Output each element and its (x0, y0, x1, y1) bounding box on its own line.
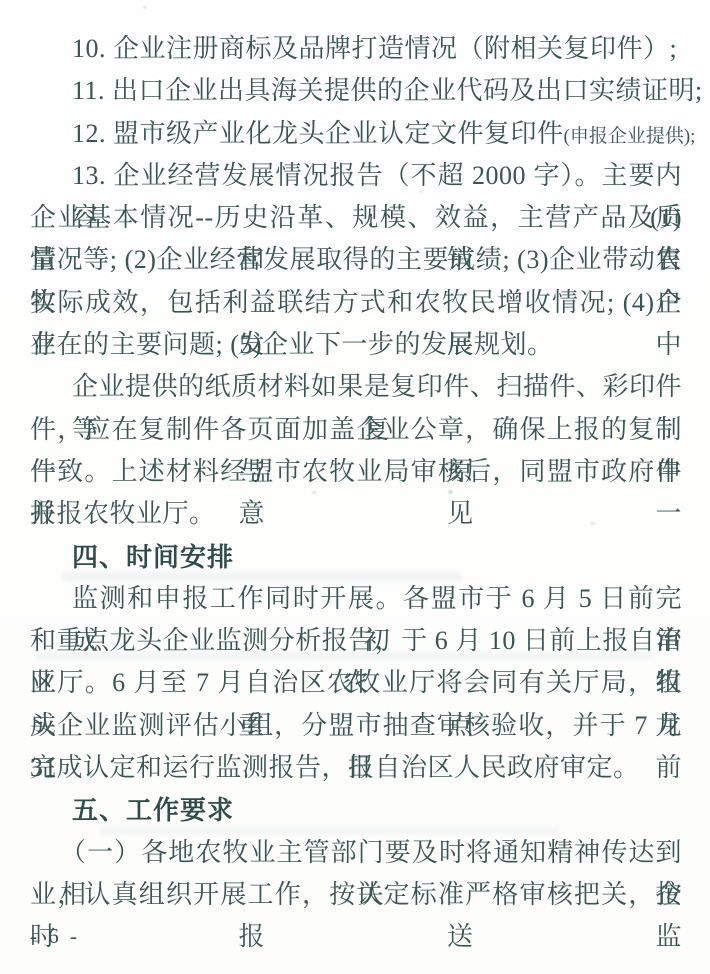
paragraph-line: 完成认定和运行监测报告，报自治区人民政府审定。 (30, 747, 682, 789)
paragraph-line: 件，应在复制件各页面加盖企业公章，确保上报的复制件与原件 (30, 409, 682, 451)
list-item-11: 11. 出口企业出具海关提供的企业代码及出口实绩证明; (30, 70, 682, 112)
paragraph-line: 一致。上述材料经盟市农牧业局审核后，同盟市政府申报意见一 (30, 451, 682, 493)
list-item-12-note: (申报企业提供); (564, 126, 696, 147)
paragraph-line: 业，认真组织开展工作，按认定标准严格审核把关，按时报送监 (30, 874, 682, 916)
scan-speck (590, 522, 596, 525)
list-item-12: 12. 盟市级产业化龙头企业认定文件复印件(申报企业提供); (30, 113, 682, 155)
document-page: 10. 企业注册商标及品牌打造情况（附相关复印件）; 11. 出口企业出具海关提… (0, 0, 710, 974)
scan-speck (238, 430, 241, 433)
list-item-13: 13. 企业经营发展情况报告（不超 2000 字）。主要内容: (1) (30, 155, 682, 197)
paragraph-line: 头企业监测评估小组，分盟市抽查审核验收，并于 7 月 31 日前 (30, 705, 682, 747)
paragraph-line: 业厅。6 月至 7 月自治区农牧业厅将会同有关厅局，组成重点龙 (30, 662, 682, 704)
paragraph-line: 情况等; (2)企业经营发展取得的主要成绩; (3)企业带动农牧户 (30, 239, 682, 281)
scan-speck (448, 490, 453, 494)
scan-speck (420, 190, 423, 193)
list-item-12-text: 12. 盟市级产业化龙头企业认定文件复印件 (72, 119, 564, 148)
section-heading-work-requirements: 五、工作要求 (30, 789, 682, 831)
document-body: 10. 企业注册商标及品牌打造情况（附相关复印件）; 11. 出口企业出具海关提… (30, 28, 682, 916)
paragraph-line: 企业基本情况--历史沿革、规模、效益，主营产品及质量和销售 (30, 197, 682, 239)
print-ghost (62, 572, 462, 582)
print-ghost (100, 827, 560, 835)
paragraph-line: 实际成效，包括利益联结方式和农牧民增收情况; (4)企业发展中 (30, 282, 682, 324)
scan-speck (312, 491, 316, 494)
paragraph-line: 企业提供的纸质材料如果是复印件、扫描件、彩印件等复制 (30, 366, 682, 408)
scan-speck (143, 6, 147, 9)
paragraph-line: （一）各地农牧业主管部门要及时将通知精神传达到相关企 (30, 832, 682, 874)
paragraph-line: 监测和申报工作同时开展。各盟市于 6 月 5 日前完成初审 (30, 578, 682, 620)
list-item-10: 10. 企业注册商标及品牌打造情况（附相关复印件）; (30, 28, 682, 70)
print-ghost (35, 652, 655, 660)
page-number: - 6 - (30, 924, 80, 949)
